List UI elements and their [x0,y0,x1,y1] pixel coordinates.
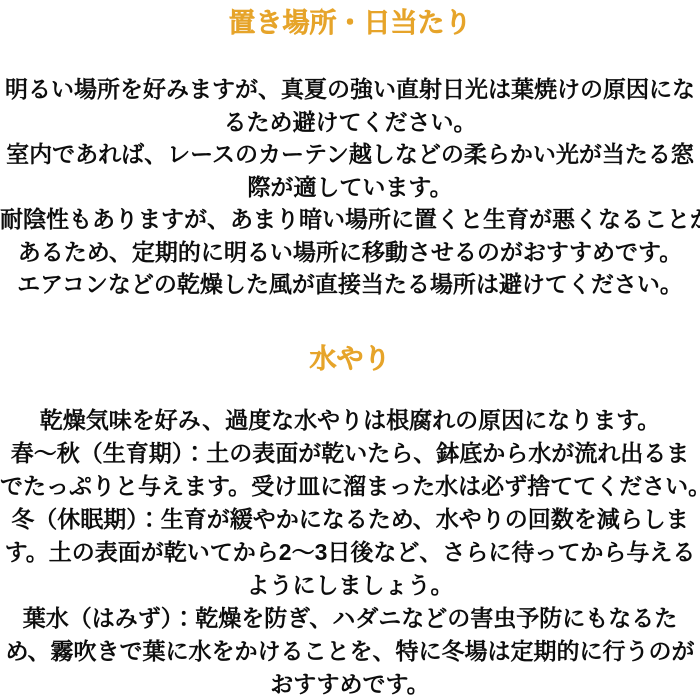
text-line: おすすめです。 [0,668,700,700]
text-line: 冬（休眠期）：生育が緩やかになるため、水やりの回数を減らしま [0,503,700,536]
text-line: 乾燥気味を好み、過度な水やりは根腐れの原因になります。 [0,404,700,437]
text-line: るため避けてください。 [0,106,700,139]
text-line: 室内であれば、レースのカーテン越しなどの柔らかい光が当たる窓 [0,138,700,171]
text-line: でたっぷりと与えます。受け皿に溜まった水は必ず捨ててください。 [0,470,700,503]
text-line: 春〜秋（生育期）：土の表面が乾いたら、鉢底から水が流れ出るま [0,437,700,470]
text-line: 際が適しています。 [0,171,700,204]
text-line: め、霧吹きで葉に水をかけることを、特に冬場は定期的に行うのが [0,635,700,668]
text-line: ようにしましょう。 [0,569,700,602]
text-line: す。土の表面が乾いてから2〜3日後など、さらに待ってから与える [0,536,700,569]
text-line: エアコンなどの乾燥した風が直接当たる場所は避けてください。 [0,268,700,301]
watering-text: 乾燥気味を好み、過度な水やりは根腐れの原因になります。 春〜秋（生育期）：土の表… [0,404,700,700]
text-line: 耐陰性もありますが、あまり暗い場所に置くと生育が悪くなることが [0,203,700,236]
section-heading-placement-sunlight: 置き場所・日当たり [0,6,700,40]
placement-sunlight-text: 明るい場所を好みますが、真夏の強い直射日光は葉焼けの原因にな るため避けてくださ… [0,73,700,301]
plant-care-guide-page: 置き場所・日当たり 明るい場所を好みますが、真夏の強い直射日光は葉焼けの原因にな… [0,0,700,700]
section-heading-watering: 水やり [0,341,700,377]
text-line: あるため、定期的に明るい場所に移動させるのがおすすめです。 [0,236,700,269]
text-line: 葉水（はみず）：乾燥を防ぎ、ハダニなどの害虫予防にもなるた [0,602,700,635]
text-line: 明るい場所を好みますが、真夏の強い直射日光は葉焼けの原因にな [0,73,700,106]
